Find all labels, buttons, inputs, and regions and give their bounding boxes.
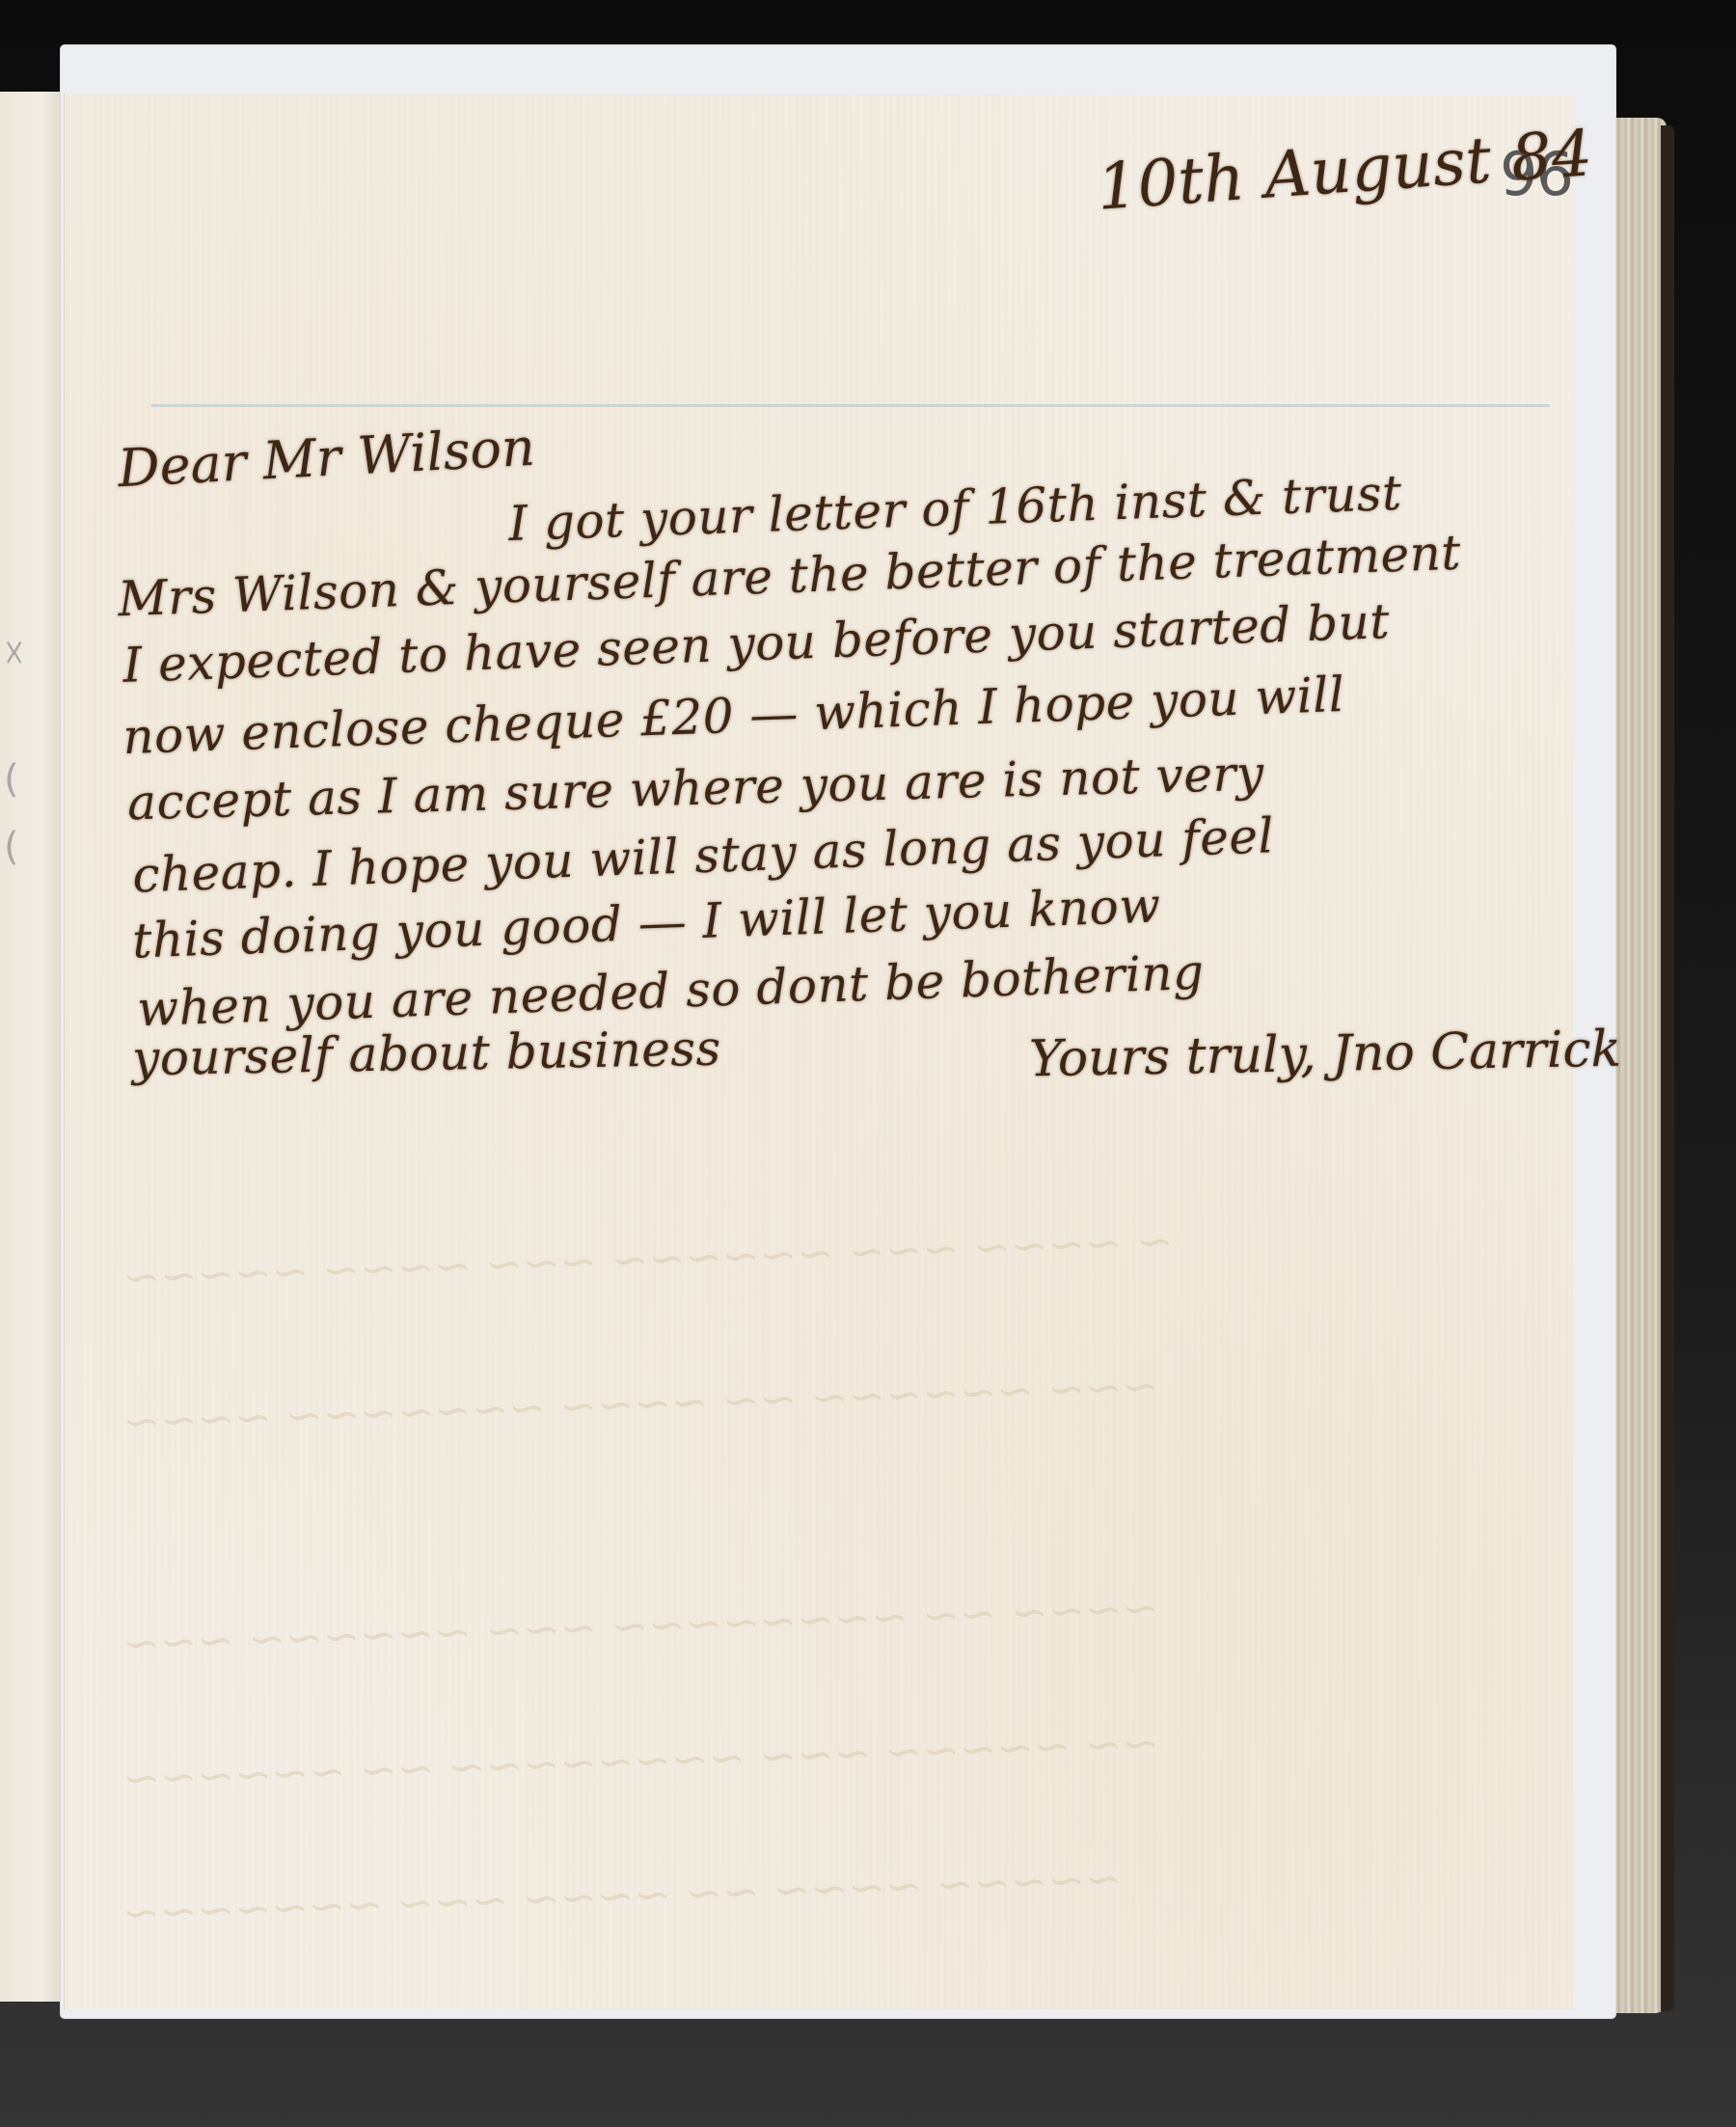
bleed-through-text: ~~~ ~~~~~~ ~~ ~~~~ ~~~~~~~ ~~~~ xyxy=(122,1359,1159,1447)
bleed-through-text: ~ ~~~~ ~~~ ~~~~~~ ~~~ ~~~~ ~~~~~ xyxy=(122,1214,1174,1303)
left-page-mark: ( xyxy=(4,825,19,869)
letter-sheet: 96 10th August 84 Dear Mr Wilson I got y… xyxy=(64,95,1573,2009)
left-facing-page: ☓ ( ( xyxy=(0,92,62,2002)
bleed-through-text: ~~~~~ ~~~~ ~~ ~~~~ ~~~ ~~~~~~~ xyxy=(122,1852,1123,1939)
ruled-line xyxy=(151,404,1550,407)
bleed-through-text: ~~ ~~~~~ ~~~ ~~~~~~~~ ~~ ~~~~~~ xyxy=(122,1716,1159,1804)
book-cover-edge xyxy=(1661,125,1674,2011)
salutation: Dear Mr Wilson xyxy=(117,417,537,500)
body-line: yourself about business xyxy=(132,1021,722,1087)
signature: Yours truly, Jno Carrick xyxy=(1029,1021,1622,1089)
bleed-through-text: ~~~~ ~~ ~~~~~~~~ ~~~ ~~~~~~ ~~~ xyxy=(122,1581,1159,1669)
left-page-mark: ( xyxy=(4,757,19,802)
left-page-mark: ☓ xyxy=(4,632,24,676)
